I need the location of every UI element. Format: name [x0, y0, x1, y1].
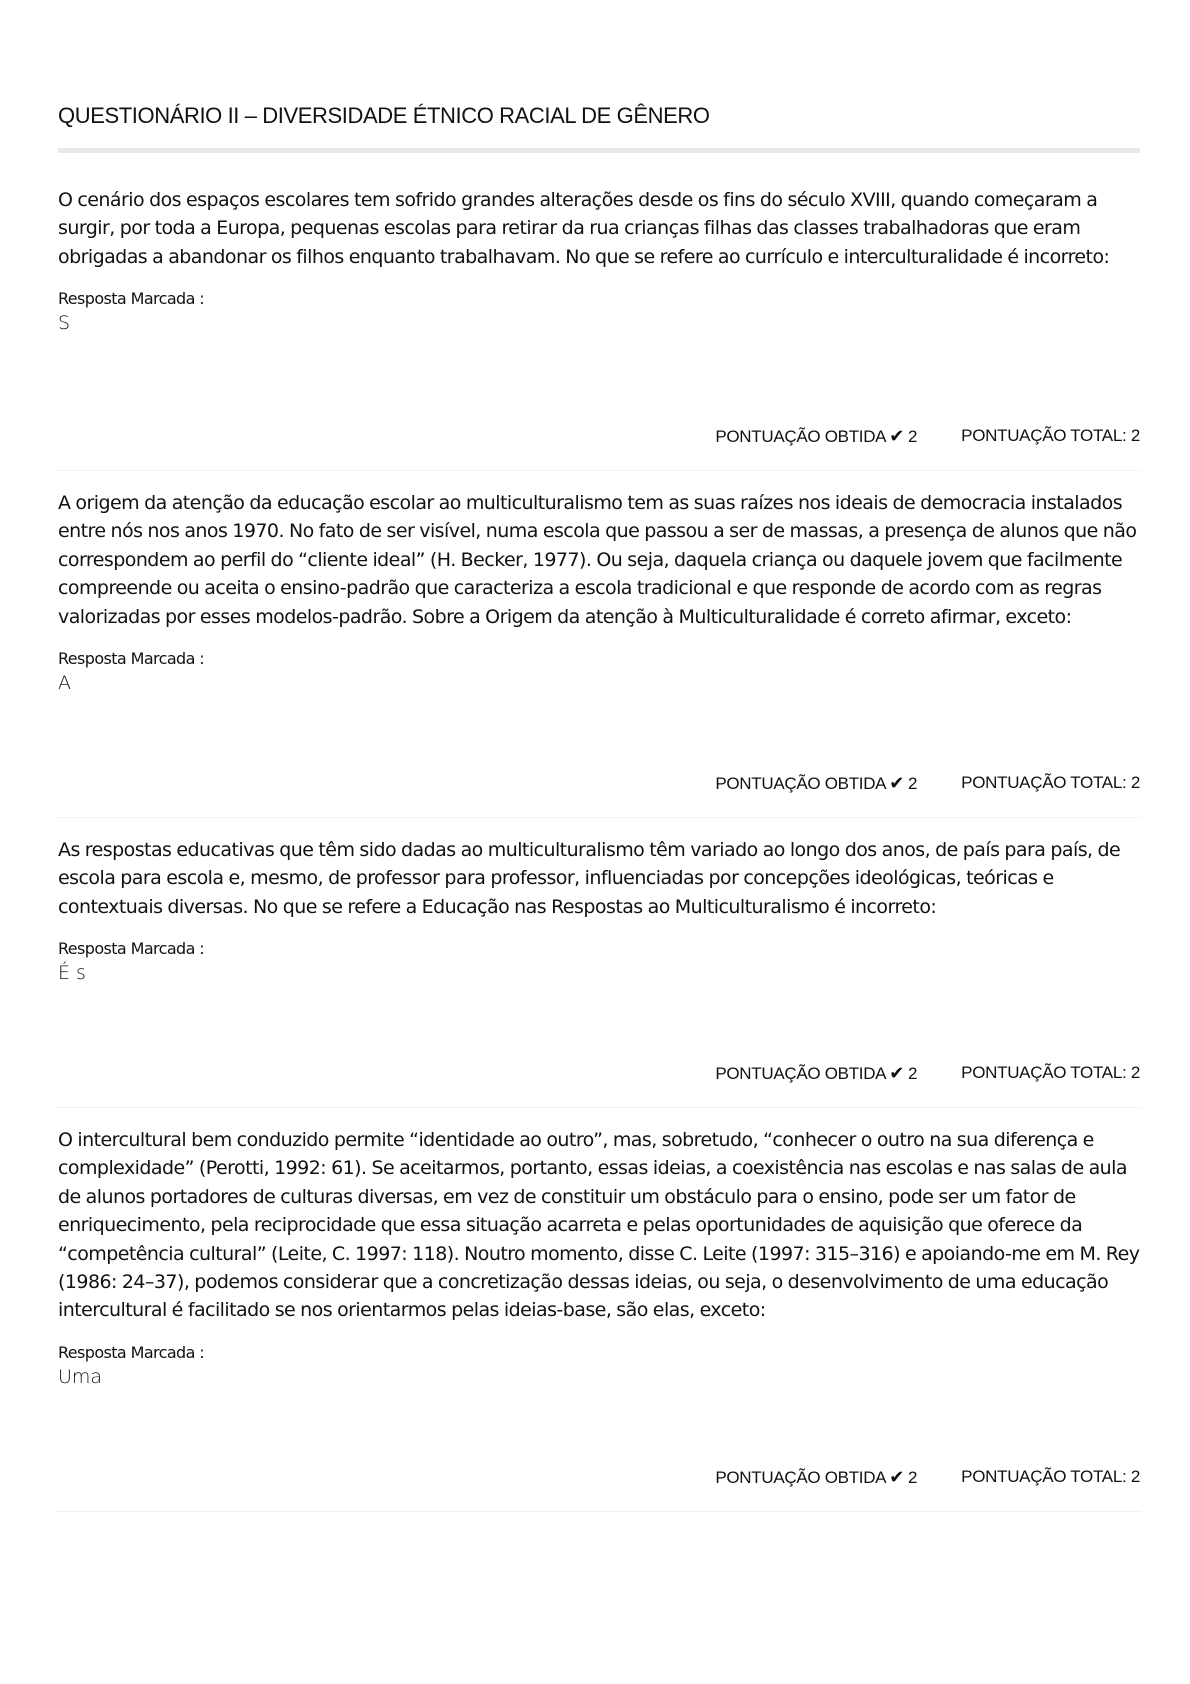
answer-label: Resposta Marcada : — [58, 939, 1140, 959]
score-row-1: PONTUAÇÃO OBTIDA✔2 PONTUAÇÃO TOTAL: 2 — [715, 426, 1140, 447]
page-title: QUESTIONÁRIO II – DIVERSIDADE ÉTNICO RAC… — [58, 103, 710, 129]
question-divider — [58, 1107, 1140, 1108]
check-icon: ✔ — [889, 426, 904, 447]
score-total: PONTUAÇÃO TOTAL: 2 — [961, 426, 1140, 447]
question-text: O cenário dos espaços escolares tem sofr… — [58, 186, 1140, 271]
score-obtained: PONTUAÇÃO OBTIDA✔2 — [715, 773, 917, 794]
question-divider — [58, 817, 1140, 818]
answer-value: É s — [58, 959, 1140, 987]
question-divider — [58, 470, 1140, 471]
question-text: A origem da atenção da educação escolar … — [58, 489, 1140, 631]
score-total: PONTUAÇÃO TOTAL: 2 — [961, 1063, 1140, 1084]
score-obtained: PONTUAÇÃO OBTIDA✔2 — [715, 1063, 917, 1084]
answer-value: A — [58, 669, 1140, 697]
score-row-4: PONTUAÇÃO OBTIDA✔2 PONTUAÇÃO TOTAL: 2 — [715, 1467, 1140, 1488]
question-3: As respostas educativas que têm sido dad… — [58, 836, 1140, 987]
score-obtained: PONTUAÇÃO OBTIDA✔2 — [715, 1467, 917, 1488]
answer-value: S — [58, 309, 1140, 337]
check-icon: ✔ — [889, 1063, 904, 1084]
question-4: O intercultural bem conduzido permite “i… — [58, 1126, 1140, 1391]
title-underline — [58, 148, 1140, 153]
score-row-3: PONTUAÇÃO OBTIDA✔2 PONTUAÇÃO TOTAL: 2 — [715, 1063, 1140, 1084]
answer-label: Resposta Marcada : — [58, 649, 1140, 669]
question-text: As respostas educativas que têm sido dad… — [58, 836, 1140, 921]
question-2: A origem da atenção da educação escolar … — [58, 489, 1140, 697]
answer-label: Resposta Marcada : — [58, 1343, 1140, 1363]
check-icon: ✔ — [889, 773, 904, 794]
question-text: O intercultural bem conduzido permite “i… — [58, 1126, 1140, 1325]
question-divider — [58, 1511, 1140, 1512]
score-total: PONTUAÇÃO TOTAL: 2 — [961, 773, 1140, 794]
score-obtained: PONTUAÇÃO OBTIDA✔2 — [715, 426, 917, 447]
answer-value: Uma — [58, 1363, 1140, 1391]
answer-label: Resposta Marcada : — [58, 289, 1140, 309]
score-total: PONTUAÇÃO TOTAL: 2 — [961, 1467, 1140, 1488]
question-1: O cenário dos espaços escolares tem sofr… — [58, 186, 1140, 337]
check-icon: ✔ — [889, 1467, 904, 1488]
score-row-2: PONTUAÇÃO OBTIDA✔2 PONTUAÇÃO TOTAL: 2 — [715, 773, 1140, 794]
